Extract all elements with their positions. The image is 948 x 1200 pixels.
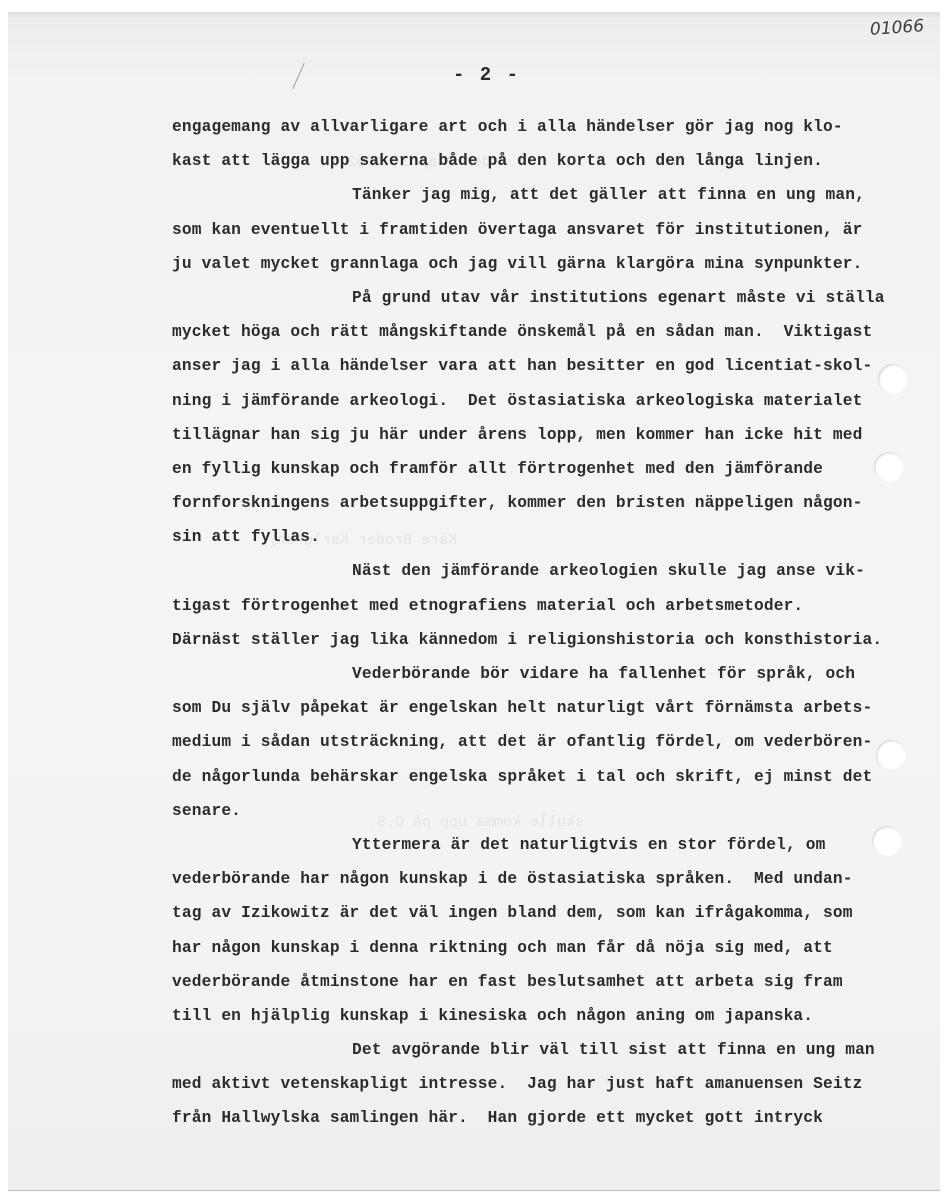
text-line: som Du själv påpekat är engelskan helt n… (172, 691, 932, 725)
text-line: till en hjälplig kunskap i kinesiska och… (172, 999, 932, 1033)
text-line: Tänker jag mig, att det gäller att finna… (172, 178, 932, 212)
letter-body: engagemang av allvarligare art och i all… (172, 110, 932, 1136)
page-number: - 2 - (453, 64, 520, 86)
text-line: Yttermera är det naturligtvis en stor fö… (172, 828, 932, 862)
text-line: en fyllig kunskap och framför allt förtr… (172, 452, 932, 486)
text-line: kast att lägga upp sakerna både på den k… (172, 144, 932, 178)
text-line: Vederbörande bör vidare ha fallenhet för… (172, 657, 932, 691)
text-line: från Hallwylska samlingen här. Han gjord… (172, 1101, 932, 1135)
text-line: vederbörande har någon kunskap i de östa… (172, 862, 932, 896)
pen-mark (292, 63, 304, 89)
text-line: anser jag i alla händelser vara att han … (172, 349, 932, 383)
punch-hole (874, 452, 904, 482)
punch-hole (876, 740, 906, 770)
text-line: fornforskningens arbetsuppgifter, kommer… (172, 486, 932, 520)
text-line: vederbörande åtminstone har en fast besl… (172, 965, 932, 999)
punch-hole (878, 364, 908, 394)
text-line: Näst den jämförande arkeologien skulle j… (172, 554, 932, 588)
text-line: senare. (172, 794, 932, 828)
archive-number: 01066 (869, 16, 924, 40)
text-line: sin att fyllas. (172, 520, 932, 554)
punch-hole (872, 826, 902, 856)
text-line: Det avgörande blir väl till sist att fin… (172, 1033, 932, 1067)
text-line: som kan eventuellt i framtiden övertaga … (172, 213, 932, 247)
text-line: tigast förtrogenhet med etnografiens mat… (172, 589, 932, 623)
text-line: har någon kunskap i denna riktning och m… (172, 931, 932, 965)
text-line: ning i jämförande arkeologi. Det östasia… (172, 384, 932, 418)
text-line: tag av Izikowitz är det väl ingen bland … (172, 896, 932, 930)
text-line: Därnäst ställer jag lika kännedom i reli… (172, 623, 932, 657)
text-line: de någorlunda behärskar engelska språket… (172, 760, 932, 794)
text-line: med aktivt vetenskapligt intresse. Jag h… (172, 1067, 932, 1101)
text-line: tillägnar han sig ju här under årens lop… (172, 418, 932, 452)
text-line: medium i sådan utsträckning, att det är … (172, 725, 932, 759)
text-line: ju valet mycket grannlaga och jag vill g… (172, 247, 932, 281)
text-line: mycket höga och rätt mångskiftande önske… (172, 315, 932, 349)
text-line: engagemang av allvarligare art och i all… (172, 110, 932, 144)
document-page: 01066 - 2 - den 2 april 1952. Käre Brode… (8, 12, 940, 1190)
text-line: På grund utav vår institutions egenart m… (172, 281, 932, 315)
